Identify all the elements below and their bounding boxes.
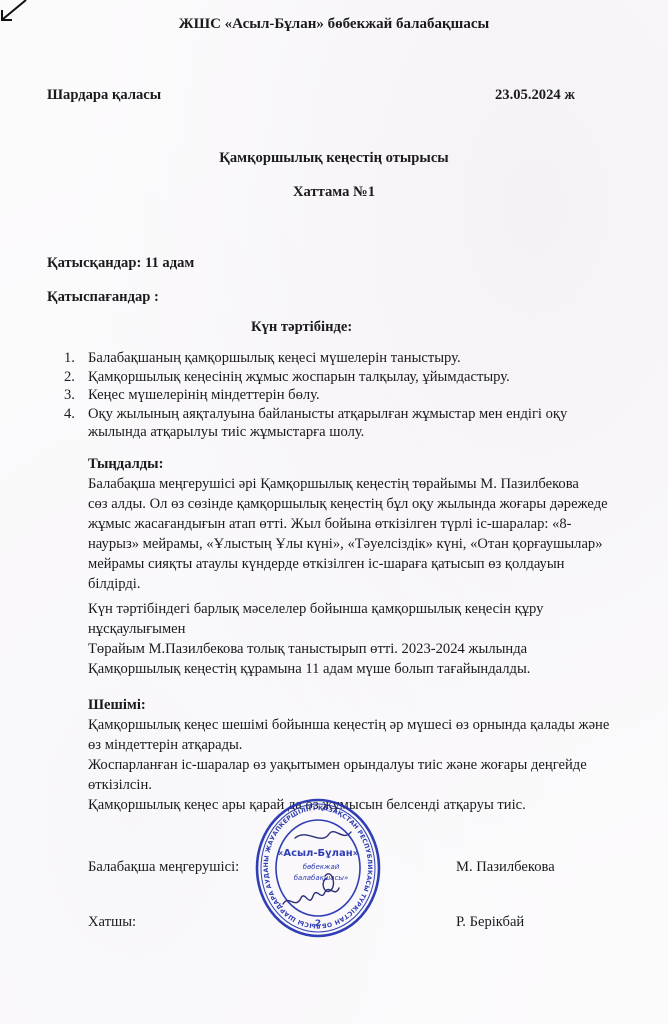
meeting-title: Қамқоршылық кеңестің отырысы <box>0 150 668 167</box>
info-line: нұсқаулығымен <box>88 619 628 639</box>
heard-heading: Тыңдалды: <box>88 454 628 474</box>
info-section: Күн тәртібіндегі барлық мәселелер бойынш… <box>88 599 628 679</box>
decision-line: өткізілсін. <box>88 775 628 795</box>
heard-line: Балабақша меңгерушісі әрі Қамқоршылық ке… <box>88 474 628 494</box>
heard-section: Тыңдалды: Балабақша меңгерушісі әрі Қамқ… <box>88 454 628 594</box>
signature-scribble <box>283 832 351 904</box>
heard-line: білдірді. <box>88 574 628 594</box>
info-line: Төрайым М.Пазилбекова толық таныстырып ө… <box>88 639 628 659</box>
agenda-item-text: Оқу жылының аяқталуына байланысты атқары… <box>88 405 588 442</box>
agenda-item-text: Қамқоршылық кеңесінің жұмыс жоспарын тал… <box>88 368 588 387</box>
stamp-center-text-1: «Асыл-Бұлан» <box>277 848 359 859</box>
agenda-item-number: 3. <box>64 386 88 405</box>
document-date: 23.05.2024 ж <box>495 87 575 104</box>
decision-section: Шешімі: Қамқоршылық кеңес шешімі бойынша… <box>88 695 628 815</box>
stamp-center-text-3: балабақшасы» <box>294 874 349 882</box>
heard-line: жұмыс жасағандығын атап өтті. Жыл бойына… <box>88 514 628 534</box>
city-label: Шардара қаласы <box>47 87 161 104</box>
organization-title: ЖШС «Асыл-Бұлан» бөбекжай балабақшасы <box>0 16 668 33</box>
agenda-item: 1. Балабақшаның қамқоршылық кеңесі мүшел… <box>64 349 624 368</box>
signature-name-secretary: Р. Берікбай <box>456 914 524 931</box>
agenda-item: 2. Қамқоршылық кеңесінің жұмыс жоспарын … <box>64 368 624 387</box>
document-page: ЖШС «Асыл-Бұлан» бөбекжай балабақшасы Ша… <box>0 0 668 1024</box>
agenda-list: 1. Балабақшаның қамқоршылық кеңесі мүшел… <box>64 349 624 442</box>
agenda-item-number: 1. <box>64 349 88 368</box>
agenda-heading: Күн тәртібінде: <box>251 319 352 336</box>
decision-line: Қамқоршылық кеңес ары қарай да өз жұмысы… <box>88 795 628 815</box>
attendees-count: Қатысқандар: 11 адам <box>47 255 194 272</box>
agenda-item-text: Кеңес мүшелерінің міндеттерін бөлу. <box>88 386 588 405</box>
heard-line: мейрамы сияқты атаулы күндерде өткізілге… <box>88 554 628 574</box>
svg-text:ҚАЗАҚСТАН РЕСПУБЛИКАСЫ ТҮРКІСТ: ҚАЗАҚСТАН РЕСПУБЛИКАСЫ ТҮРКІСТАН ОБЛЫСЫ … <box>255 798 373 929</box>
decision-line: Жоспарланған іс-шаралар өз уақытымен оры… <box>88 755 628 775</box>
agenda-item: 3. Кеңес мүшелерінің міндеттерін бөлу. <box>64 386 624 405</box>
heard-line: сөз алды. Ол өз сөзінде қамқоршылық кеңе… <box>88 494 628 514</box>
decision-heading: Шешімі: <box>88 695 628 715</box>
svg-text:2: 2 <box>315 919 321 929</box>
decision-line: Қамқоршылық кеңес шешімі бойынша кеңесті… <box>88 715 628 735</box>
stamp-ring-text: ҚАЗАҚСТАН РЕСПУБЛИКАСЫ ТҮРКІСТАН ОБЛЫСЫ … <box>255 798 373 929</box>
official-stamp: ҚАЗАҚСТАН РЕСПУБЛИКАСЫ ТҮРКІСТАН ОБЛЫСЫ … <box>255 798 381 938</box>
protocol-title: Хаттама №1 <box>0 184 668 201</box>
absent-label: Қатыспағандар : <box>47 289 159 306</box>
signature-name-head: М. Пазилбекова <box>456 859 555 876</box>
info-line: Қамқоршылық кеңестің құрамына 11 адам мү… <box>88 659 628 679</box>
agenda-item-text: Балабақшаның қамқоршылық кеңесі мүшелері… <box>88 349 588 368</box>
stamp-center-text-2: бөбекжай <box>303 863 340 871</box>
decision-line: өз міндеттерін атқарады. <box>88 735 628 755</box>
info-line: Күн тәртібіндегі барлық мәселелер бойынш… <box>88 599 628 619</box>
signature-role-head: Балабақша меңгерушісі: <box>88 859 239 876</box>
heard-line: наурыз» мейрамы, «Ұлыстың Ұлы күні», «Тә… <box>88 534 628 554</box>
agenda-item-number: 2. <box>64 368 88 387</box>
agenda-item-number: 4. <box>64 405 88 424</box>
agenda-item: 4. Оқу жылының аяқталуына байланысты атқ… <box>64 405 624 442</box>
signature-role-secretary: Хатшы: <box>88 914 136 931</box>
